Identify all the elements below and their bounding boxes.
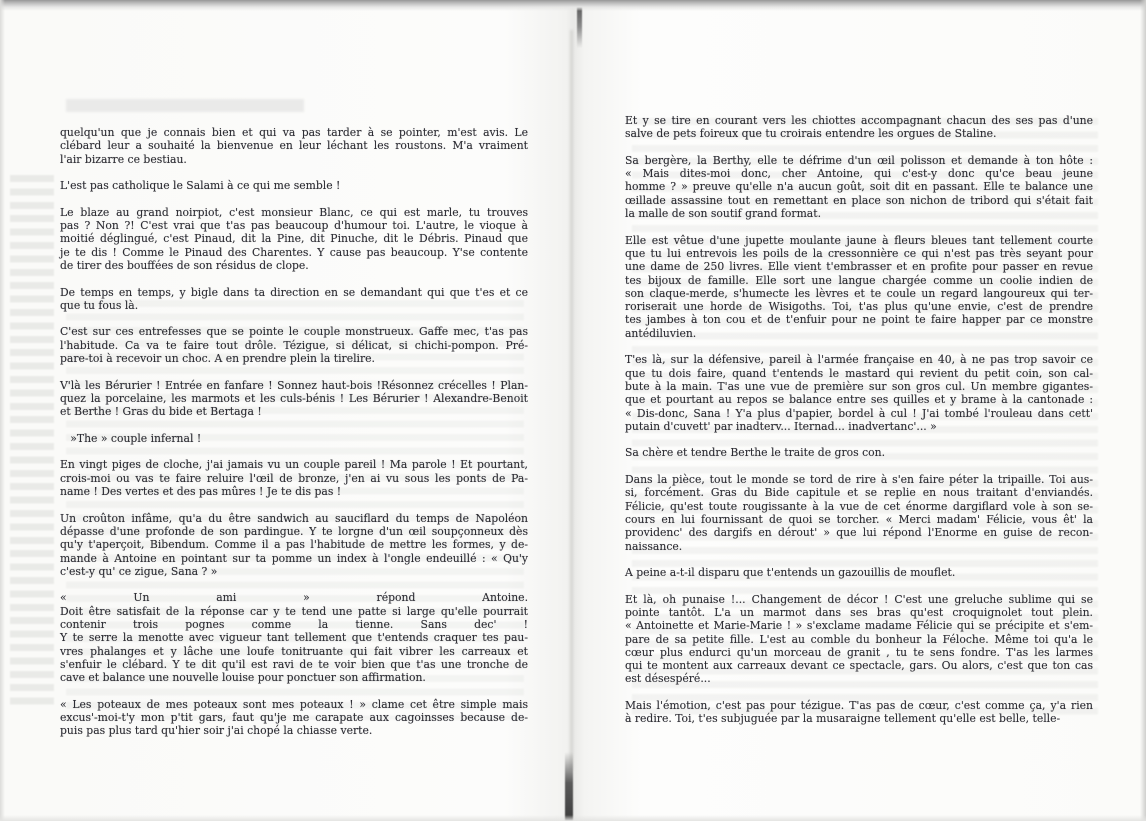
text-line: roriserait une horde de Wisigoths. Toi, …	[625, 300, 1093, 313]
spine-bottom-shadow	[565, 752, 573, 821]
right-page-text: Et y se tire en courant vers les chiotte…	[625, 114, 1093, 726]
text-line: antédiluvien.	[625, 327, 1093, 340]
text-line: « Dis-donc, Sana ! Y'a plus d'papier, bo…	[625, 407, 1093, 420]
text-line: Elle est vêtue d'une jupette moulante ja…	[625, 234, 1093, 247]
scanned-book-spread: quelqu'un que je connais bien et qui va …	[0, 0, 1146, 821]
text-line: clébard leur a souhaité la bienvenue en …	[60, 139, 528, 152]
text-line: une dame de 250 livres. Elle vient t'emb…	[625, 260, 1093, 273]
text-line: moitié déglingué, c'est Pinaud, dit la P…	[60, 232, 528, 245]
text-line: « Antoinette et Marie-Marie ! » s'exclam…	[625, 619, 1093, 632]
paragraph: quelqu'un que je connais bien et qui va …	[60, 126, 528, 166]
text-line: qu'y t'aperçoit, Bibendum. Comme il a pa…	[60, 538, 528, 551]
text-line: « Un ami » répond Antoine.	[60, 591, 528, 604]
text-line: mande à Antoine en pointant sur ta pomme…	[60, 552, 528, 565]
paragraph: T'es là, sur la défensive, pareil à l'ar…	[625, 353, 1093, 433]
text-line: pas ? Non ?! C'est vrai que t'as pas bea…	[60, 219, 528, 232]
text-line: contenir trois pognes comme la tienne. S…	[60, 618, 528, 631]
text-line: c'est-y qu' ce zigue, Sana ? »	[60, 565, 528, 578]
paragraph: « Les poteaux de mes poteaux sont mes po…	[60, 698, 528, 738]
text-line: Dans la pièce, tout le monde se tord de …	[625, 473, 1093, 486]
text-line: que et pourtant au repos se balance entr…	[625, 393, 1093, 406]
paragraph: »The » couple infernal !	[60, 432, 528, 445]
text-line: pare-toi à recevoir un choc. A en prendr…	[60, 352, 528, 365]
text-line: que tu fous là.	[60, 299, 528, 312]
paragraph: Elle est vêtue d'une jupette moulante ja…	[625, 234, 1093, 340]
text-line: « Mais dites-moi donc, cher Antoine, qui…	[625, 167, 1093, 180]
text-line: cave et balance une nouvelle louise pour…	[60, 671, 528, 684]
paragraph: Le blaze au grand noirpiot, c'est monsie…	[60, 206, 528, 272]
text-line: excus'-moi-t'y mon p'tit gars, faut qu'j…	[60, 711, 528, 724]
text-line: dépasse d'une profonde de son pardingue.…	[60, 525, 528, 538]
text-line: putain d'cuvett' par inadterv... Iternad…	[625, 420, 1093, 433]
text-line: Y te serre la menotte avec vigueur tant …	[60, 631, 528, 644]
paragraph: Sa chère et tendre Berthe le traite de g…	[625, 446, 1093, 459]
text-line: cours en lui fournissant de quoi se torc…	[625, 513, 1093, 526]
paragraph: A peine a-t-il disparu que t'entends un …	[625, 566, 1093, 579]
text-line: est désespéré...	[625, 672, 1093, 685]
text-line: je te dis ! Comme le Pinaud des Charente…	[60, 246, 528, 259]
text-line: et Berthe ! Gras du bide et Bertaga !	[60, 405, 528, 418]
paragraph: De temps en temps, y bigle dans ta direc…	[60, 286, 528, 313]
text-line: C'est sur ces entrefesses que se pointe …	[60, 325, 528, 338]
text-line: si, forcément. Gras du Bide capitule et …	[625, 486, 1093, 499]
paragraph: Mais l'émotion, c'est pas pour tézigue. …	[625, 699, 1093, 726]
spine-crease	[570, 30, 573, 770]
paragraph: L'est pas catholique le Salami à ce qui …	[60, 179, 528, 192]
text-line: quez la porcelaine, les marmots et les c…	[60, 392, 528, 405]
text-line: Félicie, qu'est toute rougissante à la v…	[625, 500, 1093, 513]
text-line: pare de sa petite fille. L'est au comble…	[625, 633, 1093, 646]
text-line: T'es là, sur la défensive, pareil à l'ar…	[625, 353, 1093, 366]
paragraph: En vingt piges de cloche, j'ai jamais vu…	[60, 458, 528, 498]
text-line: salve de pets foireux que tu croirais en…	[625, 127, 1093, 140]
text-line: pointe tantôt. L'a un marmot dans ses br…	[625, 606, 1093, 619]
text-line: Sa chère et tendre Berthe le traite de g…	[625, 446, 1093, 459]
scan-left-edge	[0, 0, 5, 821]
scan-right-edge	[1140, 0, 1146, 821]
text-line: « Les poteaux de mes poteaux sont mes po…	[60, 698, 528, 711]
text-line: name ! Des vertes et des pas mûres ! Je …	[60, 485, 528, 498]
text-line: tes jambes à ton cou et de t'enfuir pour…	[625, 313, 1093, 326]
text-line: l'habitude. Ca va te faire tout drôle. T…	[60, 339, 528, 352]
text-line: homme ? » preuve qu'elle n'a aucun goût,…	[625, 180, 1093, 193]
bleed-through-text-left-margin	[10, 175, 54, 705]
paragraph: V'là les Bérurier ! Entrée en fanfare ! …	[60, 379, 528, 419]
text-line: puis pas plus tard qu'hier soir j'ai cho…	[60, 724, 528, 737]
paragraph: Un croûton infâme, qu'a du être sandwich…	[60, 512, 528, 578]
scanner-top-edge	[0, 0, 1146, 11]
paragraph: « Un ami » répond Antoine.Doit être sati…	[60, 591, 528, 684]
text-line: cœur plus endurci qu'un morceau de grani…	[625, 646, 1093, 659]
text-line: L'est pas catholique le Salami à ce qui …	[60, 179, 528, 192]
scan-smudge-artifact	[66, 99, 304, 112]
paragraph: Et y se tire en courant vers les chiotte…	[625, 114, 1093, 141]
text-line: De temps en temps, y bigle dans ta direc…	[60, 286, 528, 299]
text-line: V'là les Bérurier ! Entrée en fanfare ! …	[60, 379, 528, 392]
paragraph: Dans la pièce, tout le monde se tord de …	[625, 473, 1093, 553]
text-line: la malle de son soutif grand format.	[625, 207, 1093, 220]
paragraph: Et là, oh punaise !... Changement de déc…	[625, 593, 1093, 686]
left-page-text: quelqu'un que je connais bien et qui va …	[60, 126, 528, 738]
text-line: s'enfuir le clébard. Y te dit qu'il est …	[60, 658, 528, 671]
text-line: œillade assassine tout en remettant en p…	[625, 194, 1093, 207]
text-line: que tu dois faire, quand t'entends le ma…	[625, 367, 1093, 380]
paragraph: Sa bergère, la Berthy, elle te défrime d…	[625, 154, 1093, 220]
text-line: En vingt piges de cloche, j'ai jamais vu…	[60, 458, 528, 471]
text-line: tes bijoux de famille. Elle sort une lan…	[625, 274, 1093, 287]
text-line: Mais l'émotion, c'est pas pour tézigue. …	[625, 699, 1093, 712]
text-line: »The » couple infernal !	[60, 432, 528, 445]
text-line: bute à la main. T'as une vue de première…	[625, 380, 1093, 393]
text-line: Et là, oh punaise !... Changement de déc…	[625, 593, 1093, 606]
text-line: Un croûton infâme, qu'a du être sandwich…	[60, 512, 528, 525]
text-line: Sa bergère, la Berthy, elle te défrime d…	[625, 154, 1093, 167]
text-line: quelqu'un que je connais bien et qui va …	[60, 126, 528, 139]
text-line: l'air bizarre ce bestiau.	[60, 153, 528, 166]
text-line: de tirer des bouffées de son résidus de …	[60, 259, 528, 272]
text-line: que tu lui entrevois les poils de la cre…	[625, 247, 1093, 260]
text-line: vres phalanges et y lâche une loufe toni…	[60, 645, 528, 658]
text-line: son claque-merde, s'humecte les lèvres e…	[625, 287, 1093, 300]
text-line: Doit être satisfait de la réponse car y …	[60, 605, 528, 618]
text-line: à redire. Toi, t'es subjuguée par la mus…	[625, 712, 1093, 725]
text-line: crois-moi ou vas te faire reluire l'œil …	[60, 472, 528, 485]
text-line: naissance.	[625, 540, 1093, 553]
text-line: A peine a-t-il disparu que t'entends un …	[625, 566, 1093, 579]
text-line: providenc' des dargifs en dérout' » que …	[625, 526, 1093, 539]
text-line: Le blaze au grand noirpiot, c'est monsie…	[60, 206, 528, 219]
text-line: qui te montent aux carreaux devant ce sp…	[625, 659, 1093, 672]
scan-bottom-edge	[0, 815, 1146, 821]
paragraph: C'est sur ces entrefesses que se pointe …	[60, 325, 528, 365]
text-line: Et y se tire en courant vers les chiotte…	[625, 114, 1093, 127]
